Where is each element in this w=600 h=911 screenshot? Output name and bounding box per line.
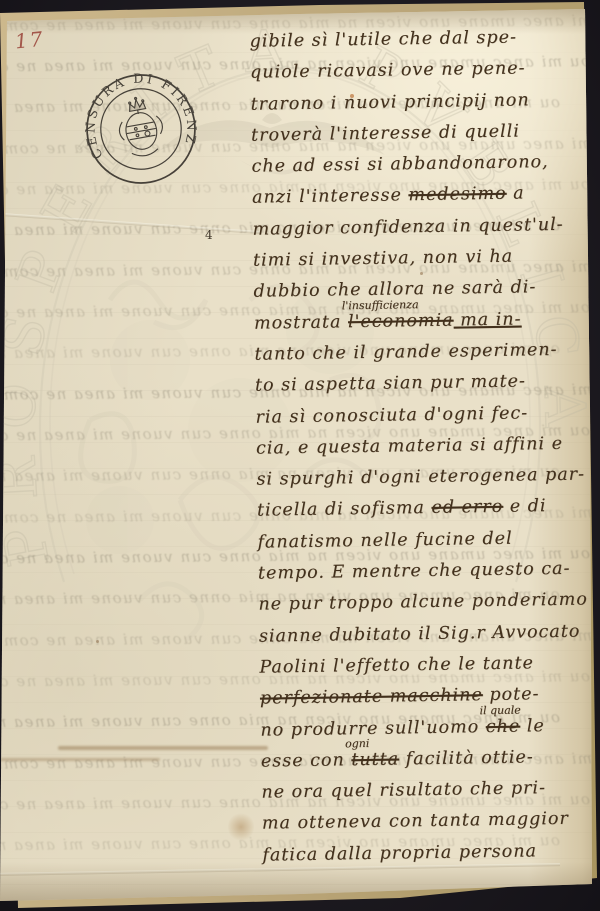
ink-stain bbox=[58, 746, 268, 750]
handwritten-text: ne ora quel risultato che pri- bbox=[261, 778, 546, 802]
handwritten-text: maggior confidenza in quest'ul- bbox=[252, 215, 563, 240]
handwritten-text: mostrata bbox=[254, 312, 348, 333]
handwritten-text: trarono i nuovi principij non bbox=[250, 90, 529, 114]
manuscript-line: fatica dalla propria persona bbox=[262, 835, 600, 872]
struck-text: ed erro bbox=[431, 497, 503, 518]
handwritten-text: e di bbox=[503, 497, 547, 518]
handwritten-text: fatica dalla propria persona bbox=[262, 841, 537, 865]
interline-insertion: l'insufficienza bbox=[342, 299, 419, 312]
handwritten-text: troverà l'interesse di quelli bbox=[251, 121, 520, 145]
handwritten-text: pote- bbox=[483, 685, 540, 706]
manuscript-page: PROSPERITA PVBLICA bbox=[0, 0, 600, 911]
ink-stain bbox=[0, 758, 160, 761]
handwritten-text: esse con bbox=[261, 750, 352, 771]
interline-insertion: il quale bbox=[479, 704, 520, 717]
manuscript-text: gibile sì l'utile che dal spe-quiole ric… bbox=[249, 21, 600, 871]
censura-stamp: CENSURA DI FIRENZE bbox=[75, 63, 207, 195]
foxing-stain bbox=[228, 812, 254, 842]
manuscript-line: si spurghi d'ogni eterogenea par- bbox=[256, 459, 598, 496]
handwritten-text: ticella di sofisma bbox=[257, 498, 432, 521]
manuscript-line: ne pur troppo alcune ponderiamo bbox=[258, 585, 600, 622]
foxing-spot bbox=[96, 640, 99, 643]
handwritten-text: Paolini l'effetto che le tante bbox=[259, 653, 534, 677]
manuscript-line: ma otteneva con tanta maggior bbox=[262, 804, 600, 841]
handwritten-text: ne pur troppo alcune ponderiamo bbox=[258, 590, 588, 615]
manuscript-line: che ad essi si abbandonarono, bbox=[251, 147, 593, 184]
handwritten-text: tanto che il grande esperimen- bbox=[254, 340, 557, 365]
handwritten-text: to si aspetta sian pur mate- bbox=[255, 372, 526, 396]
handwritten-text: che ad essi si abbandonarono, bbox=[251, 152, 548, 177]
handwritten-text: cia, e questa materia si affini e bbox=[256, 434, 563, 459]
svg-text:CENSURA DI FIRENZE: CENSURA DI FIRENZE bbox=[75, 63, 204, 167]
handwritten-text: ria sì conosciuta d'ogni fec- bbox=[255, 403, 528, 427]
handwritten-text: ma in- bbox=[453, 309, 521, 330]
struck-text: l'economial'insufficienza bbox=[348, 310, 454, 332]
struck-text: cheil quale bbox=[486, 716, 521, 737]
handwritten-text: timi si investiva, non vi ha bbox=[253, 247, 513, 271]
folio-number: 17 bbox=[14, 27, 46, 54]
quire-mark: 4 bbox=[205, 228, 213, 242]
struck-text: tuttaogni bbox=[351, 749, 399, 770]
handwritten-text: ma otteneva con tanta maggior bbox=[262, 809, 569, 834]
stamp-crest bbox=[114, 94, 167, 160]
manuscript-line: tanto che il grande esperimen- bbox=[254, 334, 596, 371]
handwritten-text: le bbox=[520, 716, 545, 736]
manuscript-line: sianne dubitato il Sig.r Avvocato bbox=[259, 616, 600, 653]
handwritten-text: si spurghi d'ogni eterogenea par- bbox=[256, 465, 585, 490]
struck-text: perfezionate macchine bbox=[260, 685, 483, 708]
manuscript-line: maggior confidenza in quest'ul- bbox=[252, 209, 594, 246]
handwritten-text: facilità ottie- bbox=[399, 747, 534, 769]
struck-text: medesimo bbox=[408, 184, 507, 206]
stamp-text: CENSURA DI FIRENZE bbox=[75, 63, 204, 167]
handwritten-text: gibile sì l'utile che dal spe- bbox=[249, 28, 517, 52]
handwritten-text: sianne dubitato il Sig.r Avvocato bbox=[259, 621, 581, 646]
handwritten-text: tempo. E mentre che questo ca- bbox=[258, 559, 571, 584]
interline-insertion: ogni bbox=[345, 738, 369, 750]
handwritten-text: a bbox=[506, 184, 524, 204]
handwritten-text: quiole ricavasi ove ne pene- bbox=[250, 59, 526, 83]
handwritten-text: no produrre sull'uomo bbox=[260, 717, 486, 741]
photo-background: PROSPERITA PVBLICA bbox=[0, 0, 600, 911]
handwritten-text: fanatismo nelle fucine del bbox=[257, 528, 512, 552]
handwritten-text: anzi l'interesse bbox=[252, 186, 409, 208]
